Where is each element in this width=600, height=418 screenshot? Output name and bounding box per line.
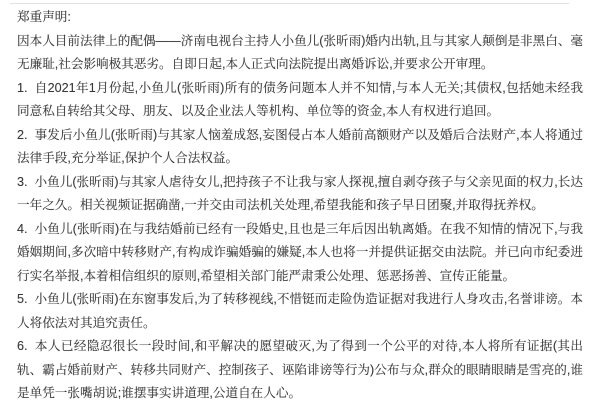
item-text: 事发后小鱼儿(张昕雨)与其家人恼羞成怒,妄图侵占本人婚前高额财产以及婚后合法财产… — [17, 128, 583, 166]
statement-intro: 因本人目前法律上的配偶——济南电视台主持人小鱼儿(张昕雨)婚内出轨,且与其家人颠… — [17, 30, 583, 77]
item-text: 自2021年1月份起,小鱼儿(张昕雨)所有的债务问题本人并不知情,与本人无关;其… — [17, 81, 583, 119]
item-number: 1. — [17, 81, 28, 95]
item-text: 小鱼儿(张昕雨)与其家人虐待女儿,把持孩子不让我与家人探视,擅自剥夺孩子与父亲见… — [17, 175, 583, 213]
item-number: 4. — [17, 222, 28, 236]
item-text: 小鱼儿(张昕雨)在东窗事发后,为了转移视线,不惜铤而走险伪造证据对我进行人身攻击… — [17, 292, 583, 330]
statement-document: 郑重声明: 因本人目前法律上的配偶——济南电视台主持人小鱼儿(张昕雨)婚内出轨,… — [17, 6, 583, 406]
statement-item-5: 5.小鱼儿(张昕雨)在东窗事发后,为了转移视线,不惜铤而走险伪造证据对我进行人身… — [17, 288, 583, 335]
item-number: 6. — [17, 339, 28, 353]
item-number: 3. — [17, 175, 28, 189]
statement-item-4: 4.小鱼儿(张昕雨)在与我结婚前已经有一段婚史,且也是三年后因出轨离婚。在我不知… — [17, 218, 583, 289]
item-text: 小鱼儿(张昕雨)在与我结婚前已经有一段婚史,且也是三年后因出轨离婚。在我不知情的… — [17, 222, 583, 283]
statement-title: 郑重声明: — [17, 6, 583, 30]
statement-item-3: 3.小鱼儿(张昕雨)与其家人虐待女儿,把持孩子不让我与家人探视,擅自剥夺孩子与父… — [17, 171, 583, 218]
item-number: 2. — [17, 128, 28, 142]
item-text: 本人已经隐忍很长一段时间,和平解决的愿望破灭,为了得到一个公平的对待,本人将所有… — [17, 339, 583, 400]
item-number: 5. — [17, 292, 28, 306]
statement-item-6: 6.本人已经隐忍很长一段时间,和平解决的愿望破灭,为了得到一个公平的对待,本人将… — [17, 335, 583, 406]
top-divider — [10, 3, 569, 4]
statement-item-1: 1.自2021年1月份起,小鱼儿(张昕雨)所有的债务问题本人并不知情,与本人无关… — [17, 77, 583, 124]
statement-item-2: 2.事发后小鱼儿(张昕雨)与其家人恼羞成怒,妄图侵占本人婚前高额财产以及婚后合法… — [17, 124, 583, 171]
